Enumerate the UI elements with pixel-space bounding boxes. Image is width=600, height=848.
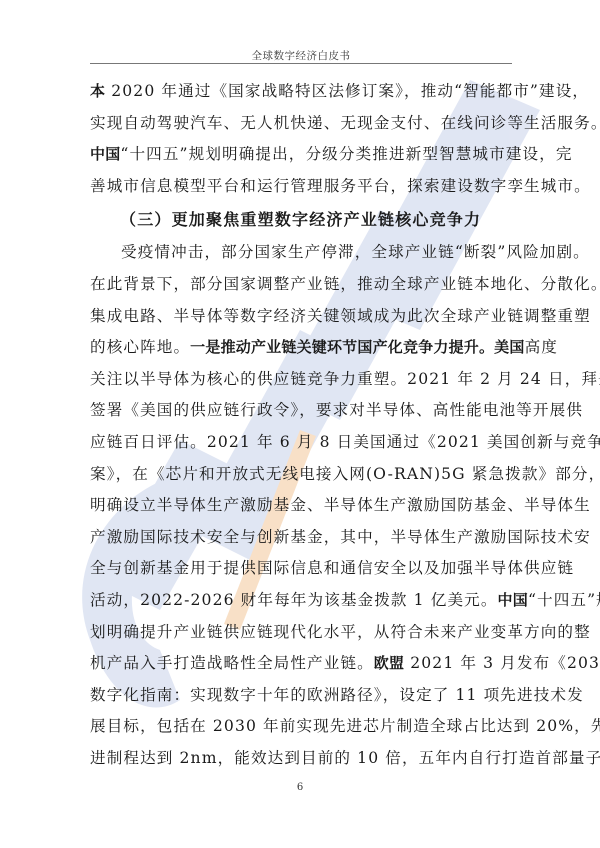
- text-run: 受疫情冲击，部分国家生产停滞，全球产业链“断裂”风险加剧。: [121, 243, 590, 261]
- text-run: “十四五”规: [528, 591, 600, 609]
- text-line: 划明确提升产业链供应链现代化水平，从符合未来产业变革方向的整: [90, 617, 516, 649]
- text-run: 在此背景下，部分国家调整产业链，推动全球产业链本地化、分散化。: [90, 275, 600, 293]
- paragraph-industry-chain: 受疫情冲击，部分国家生产停滞，全球产业链“断裂”风险加剧。在此背景下，部分国家调…: [90, 237, 516, 774]
- text-run: 数字化指南：实现数字十年的欧洲路径》，设定了 11 项先进技术发: [90, 686, 584, 704]
- text-line: 机产品入手打造战略性全局性产业链。欧盟 2021 年 3 月发布《2030: [90, 648, 516, 680]
- page-number: 6: [0, 782, 600, 793]
- text-run: 机产品入手打造战略性全局性产业链。: [90, 654, 374, 672]
- text-run: 2020 年通过《国家战略特区法修订案》，推动“智能都市”建设，: [105, 82, 589, 100]
- text-line: 受疫情冲击，部分国家生产停滞，全球产业链“断裂”风险加剧。: [90, 237, 516, 269]
- bold-text-run: 一是推动产业链关键环节国产化竞争力提升。美国: [190, 338, 524, 356]
- text-line: 本 2020 年通过《国家战略特区法修订案》，推动“智能都市”建设，: [90, 76, 516, 108]
- text-line: 实现自动驾驶汽车、无人机快递、无现金支付、在线问诊等生活服务。: [90, 108, 516, 140]
- bold-text-run: 中国: [498, 591, 528, 609]
- text-line: 集成电路、半导体等数字经济关键领域成为此次全球产业链调整重塑: [90, 301, 516, 333]
- bold-text-run: 欧盟: [374, 654, 404, 672]
- bold-text-run: 中国: [90, 145, 120, 163]
- text-line: 在此背景下，部分国家调整产业链，推动全球产业链本地化、分散化。: [90, 269, 516, 301]
- text-line: 关注以半导体为核心的供应链竞争力重塑。2021 年 2 月 24 日，拜登: [90, 364, 516, 396]
- header-rule: [90, 63, 512, 64]
- text-run: 的核心阵地。: [90, 338, 190, 356]
- text-line: 进制程达到 2nm，能效达到目前的 10 倍，五年内自行打造首部量子: [90, 743, 516, 775]
- text-run: 善城市信息模型平台和运行管理服务平台，探索建设数字孪生城市。: [90, 177, 591, 195]
- text-run: 应链百日评估。2021 年 6 月 8 日美国通过《2021 美国创新与竞争法: [90, 433, 600, 451]
- text-run: 进制程达到 2nm，能效达到目前的 10 倍，五年内自行打造首部量子: [90, 749, 600, 767]
- running-header: 全球数字经济白皮书: [90, 48, 512, 63]
- text-run: 集成电路、半导体等数字经济关键领域成为此次全球产业链调整重塑: [90, 307, 591, 325]
- text-line: 数字化指南：实现数字十年的欧洲路径》，设定了 11 项先进技术发: [90, 680, 516, 712]
- bold-text-run: 本: [90, 82, 105, 100]
- text-line: 的核心阵地。一是推动产业链关键环节国产化竞争力提升。美国高度: [90, 332, 516, 364]
- text-run: “十四五”规划明确提出，分级分类推进新型智慧城市建设，完: [120, 145, 572, 163]
- text-run: 高度: [525, 338, 558, 356]
- text-run: 产激励国际技术安全与创新基金，其中，半导体生产激励国际技术安: [90, 528, 591, 546]
- section-heading: （三）更加聚焦重塑数字经济产业链核心竞争力: [90, 202, 516, 237]
- text-run: 全与创新基金用于提供国际信息和通信安全以及加强半导体供应链: [90, 559, 574, 577]
- text-line: 明确设立半导体生产激励基金、半导体生产激励国防基金、半导体生: [90, 490, 516, 522]
- text-line: 全与创新基金用于提供国际信息和通信安全以及加强半导体供应链: [90, 553, 516, 585]
- text-run: 展目标，包括在 2030 年前实现先进芯片制造全球占比达到 20%，先: [90, 717, 600, 735]
- page-body: 本 2020 年通过《国家战略特区法修订案》，推动“智能都市”建设，实现自动驾驶…: [90, 76, 516, 774]
- paragraph-smart-city: 本 2020 年通过《国家战略特区法修订案》，推动“智能都市”建设，实现自动驾驶…: [90, 76, 516, 202]
- text-run: 划明确提升产业链供应链现代化水平，从符合未来产业变革方向的整: [90, 623, 591, 641]
- text-line: 签署《美国的供应链行政令》，要求对半导体、高性能电池等开展供: [90, 395, 516, 427]
- text-line: 活动，2022-2026 财年每年为该基金拨款 1 亿美元。中国“十四五”规: [90, 585, 516, 617]
- text-line: 案》，在《芯片和开放式无线电接入网(O-RAN)5G 紧急拨款》部分，: [90, 459, 516, 491]
- text-run: 明确设立半导体生产激励基金、半导体生产激励国防基金、半导体生: [90, 496, 591, 514]
- text-run: 活动，2022-2026 财年每年为该基金拨款 1 亿美元。: [90, 591, 498, 609]
- text-line: 应链百日评估。2021 年 6 月 8 日美国通过《2021 美国创新与竞争法: [90, 427, 516, 459]
- text-run: 实现自动驾驶汽车、无人机快递、无现金支付、在线问诊等生活服务。: [90, 114, 600, 132]
- text-run: 关注以半导体为核心的供应链竞争力重塑。2021 年 2 月 24 日，拜登: [90, 370, 600, 388]
- text-line: 产激励国际技术安全与创新基金，其中，半导体生产激励国际技术安: [90, 522, 516, 554]
- text-line: 中国“十四五”规划明确提出，分级分类推进新型智慧城市建设，完: [90, 139, 516, 171]
- text-run: 2021 年 3 月发布《2030: [404, 654, 600, 672]
- text-run: 签署《美国的供应链行政令》，要求对半导体、高性能电池等开展供: [90, 401, 583, 419]
- text-line: 展目标，包括在 2030 年前实现先进芯片制造全球占比达到 20%，先: [90, 711, 516, 743]
- text-line: 善城市信息模型平台和运行管理服务平台，探索建设数字孪生城市。: [90, 171, 516, 203]
- text-run: 案》，在《芯片和开放式无线电接入网(O-RAN)5G 紧急拨款》部分，: [90, 465, 600, 483]
